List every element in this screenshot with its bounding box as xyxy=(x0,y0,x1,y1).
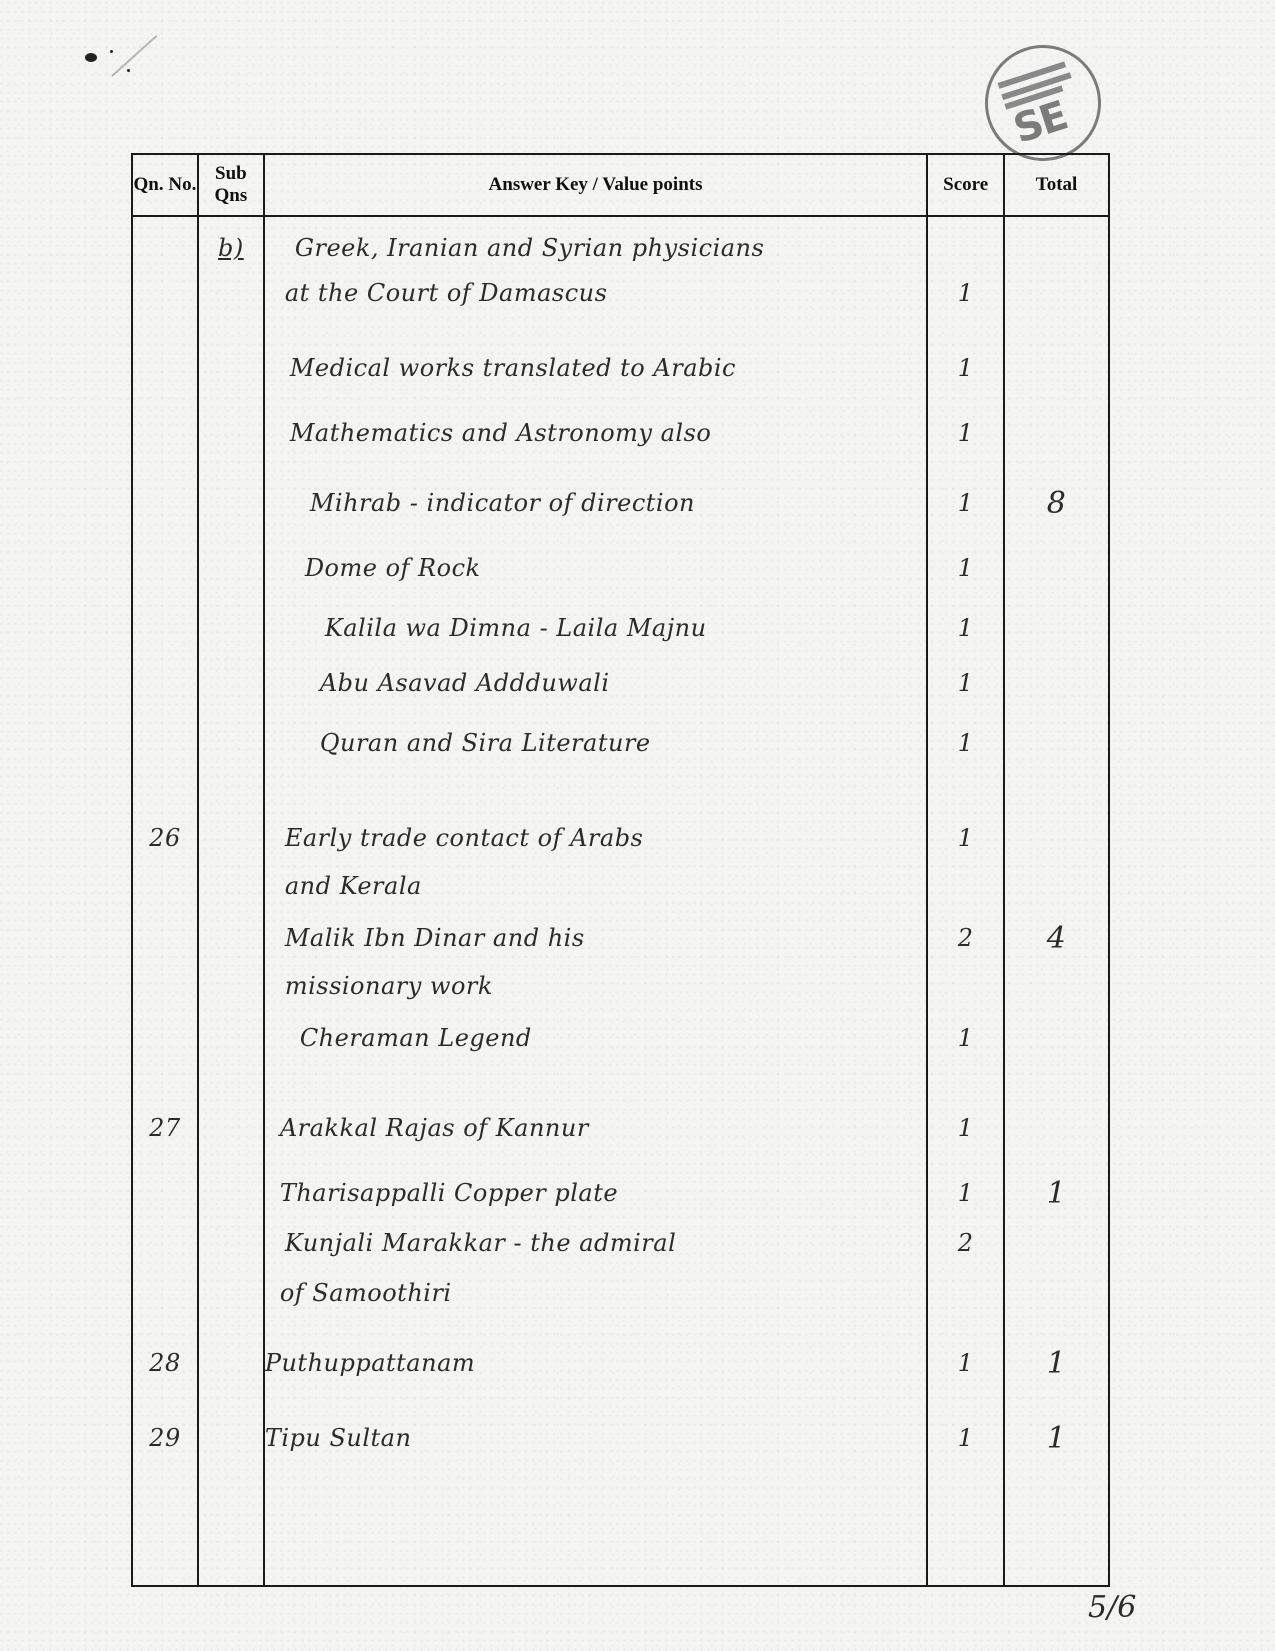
scan-streak xyxy=(111,35,157,77)
answer-value-point: Cheraman Legend xyxy=(265,1024,532,1052)
table-row: 28 xyxy=(133,1342,197,1384)
scan-speck xyxy=(85,53,97,62)
answer-value-point: Medical works translated to Arabic xyxy=(265,354,736,382)
total-mark: 1 xyxy=(1047,1346,1067,1381)
score-mark: 1 xyxy=(958,354,974,382)
answer-key-table: Qn. No. Sub Qns Answer Key / Value point… xyxy=(131,153,1110,1587)
score-mark: 1 xyxy=(958,1424,974,1452)
score-mark: 1 xyxy=(958,1024,974,1052)
table-row: Quran and Sira Literature xyxy=(265,722,926,764)
table-row: Dome of Rock xyxy=(265,547,926,589)
table-row: 29 xyxy=(133,1417,197,1459)
table-row: 1 xyxy=(928,1107,1003,1149)
score-mark: 2 xyxy=(958,924,974,952)
table-row: at the Court of Damascus xyxy=(265,272,926,314)
answer-value-point: Tipu Sultan xyxy=(265,1424,412,1452)
table-row: Mihrab - indicator of direction xyxy=(265,482,926,524)
answer-value-point: Abu Asavad Addduwali xyxy=(265,669,610,697)
header-sub-qns: Sub Qns xyxy=(198,154,264,216)
table-row: 1 xyxy=(928,817,1003,859)
answer-column: Greek, Iranian and Syrian physiciansat t… xyxy=(264,216,927,1586)
table-row: Early trade contact of Arabs xyxy=(265,817,926,859)
score-mark: 2 xyxy=(958,1229,974,1257)
answer-value-point: Dome of Rock xyxy=(265,554,481,582)
table-row: 26 xyxy=(133,817,197,859)
table-row: Medical works translated to Arabic xyxy=(265,347,926,389)
total-mark: 1 xyxy=(1047,1176,1067,1211)
table-row: 1 xyxy=(1005,1172,1108,1214)
table-row: Kunjali Marakkar - the admiral xyxy=(265,1222,926,1264)
answer-value-point: Mihrab - indicator of direction xyxy=(265,489,695,517)
table-row: Tharisappalli Copper plate xyxy=(265,1172,926,1214)
header-score: Score xyxy=(927,154,1004,216)
table-row: Arakkal Rajas of Kannur xyxy=(265,1107,926,1149)
total-mark: 1 xyxy=(1047,1421,1067,1456)
table-row: 1 xyxy=(928,607,1003,649)
score-mark: 1 xyxy=(958,554,974,582)
question-number: 26 xyxy=(149,824,181,852)
answer-value-point: Early trade contact of Arabs xyxy=(265,824,644,852)
sub-column: b) xyxy=(198,216,264,1586)
table-row: 1 xyxy=(928,1417,1003,1459)
total-mark: 8 xyxy=(1047,486,1067,521)
header-qn-no: Qn. No. xyxy=(132,154,198,216)
answer-value-point: Kunjali Marakkar - the admiral xyxy=(265,1229,676,1257)
table-row: 1 xyxy=(928,1017,1003,1059)
table-row: b) xyxy=(199,227,263,269)
score-mark: 1 xyxy=(958,1179,974,1207)
table-row: 27 xyxy=(133,1107,197,1149)
total-column: 84111 xyxy=(1004,216,1109,1586)
header-total: Total xyxy=(1004,154,1109,216)
table-row: 1 xyxy=(928,722,1003,764)
table-row: 1 xyxy=(928,412,1003,454)
scan-speck xyxy=(110,50,113,53)
table-row: and Kerala xyxy=(265,865,926,907)
answer-value-point: Greek, Iranian and Syrian physicians xyxy=(265,234,765,262)
table-row: 1 xyxy=(928,1172,1003,1214)
score-mark: 1 xyxy=(958,824,974,852)
table-header-row: Qn. No. Sub Qns Answer Key / Value point… xyxy=(132,154,1109,216)
answer-value-point: Kalila wa Dimna - Laila Majnu xyxy=(265,614,707,642)
answer-value-point: Puthuppattanam xyxy=(265,1349,475,1377)
score-mark: 1 xyxy=(958,1349,974,1377)
answer-value-point: Tharisappalli Copper plate xyxy=(265,1179,618,1207)
table-body-row: 26272829 b) Greek, Iranian and Syrian ph… xyxy=(132,216,1109,1586)
score-mark: 1 xyxy=(958,1114,974,1142)
table-row: 1 xyxy=(928,347,1003,389)
answer-value-point: Quran and Sira Literature xyxy=(265,729,651,757)
table-row: Kalila wa Dimna - Laila Majnu xyxy=(265,607,926,649)
table-row: 1 xyxy=(928,662,1003,704)
page-number: 5/6 xyxy=(1088,1590,1136,1625)
header-answer-key: Answer Key / Value points xyxy=(264,154,927,216)
question-number: 29 xyxy=(149,1424,181,1452)
answer-value-point: of Samoothiri xyxy=(265,1279,452,1307)
table-row: 2 xyxy=(928,1222,1003,1264)
table-row: Greek, Iranian and Syrian physicians xyxy=(265,227,926,269)
table-row: 2 xyxy=(928,917,1003,959)
answer-value-point: at the Court of Damascus xyxy=(265,279,608,307)
score-mark: 1 xyxy=(958,489,974,517)
answer-value-point: and Kerala xyxy=(265,872,422,900)
table-row: Tipu Sultan xyxy=(265,1417,926,1459)
score-mark: 1 xyxy=(958,419,974,447)
answer-value-point: missionary work xyxy=(265,972,493,1000)
answer-value-point: Malik Ibn Dinar and his xyxy=(265,924,585,952)
score-mark: 1 xyxy=(958,729,974,757)
score-mark: 1 xyxy=(958,669,974,697)
score-mark: 1 xyxy=(958,279,974,307)
question-number: 28 xyxy=(149,1349,181,1377)
table-row: missionary work xyxy=(265,965,926,1007)
table-row: of Samoothiri xyxy=(265,1272,926,1314)
table-row: Puthuppattanam xyxy=(265,1342,926,1384)
qn-column: 26272829 xyxy=(132,216,198,1586)
question-number: 27 xyxy=(149,1114,181,1142)
scan-speck xyxy=(127,69,130,72)
table-row: Abu Asavad Addduwali xyxy=(265,662,926,704)
table-row: 1 xyxy=(1005,1342,1108,1384)
table-row: 8 xyxy=(1005,482,1108,524)
table-row: Cheraman Legend xyxy=(265,1017,926,1059)
sub-question-label: b) xyxy=(218,234,244,262)
table-row: 1 xyxy=(928,547,1003,589)
table-row: Mathematics and Astronomy also xyxy=(265,412,926,454)
total-mark: 4 xyxy=(1047,921,1067,956)
table-row: 1 xyxy=(928,272,1003,314)
table-row: 1 xyxy=(928,1342,1003,1384)
score-mark: 1 xyxy=(958,614,974,642)
answer-value-point: Arakkal Rajas of Kannur xyxy=(265,1114,589,1142)
table-row: 1 xyxy=(1005,1417,1108,1459)
score-column: 1111111112111211 xyxy=(927,216,1004,1586)
table-row: 1 xyxy=(928,482,1003,524)
table-row: Malik Ibn Dinar and his xyxy=(265,917,926,959)
table-row: 4 xyxy=(1005,917,1108,959)
answer-value-point: Mathematics and Astronomy also xyxy=(265,419,712,447)
